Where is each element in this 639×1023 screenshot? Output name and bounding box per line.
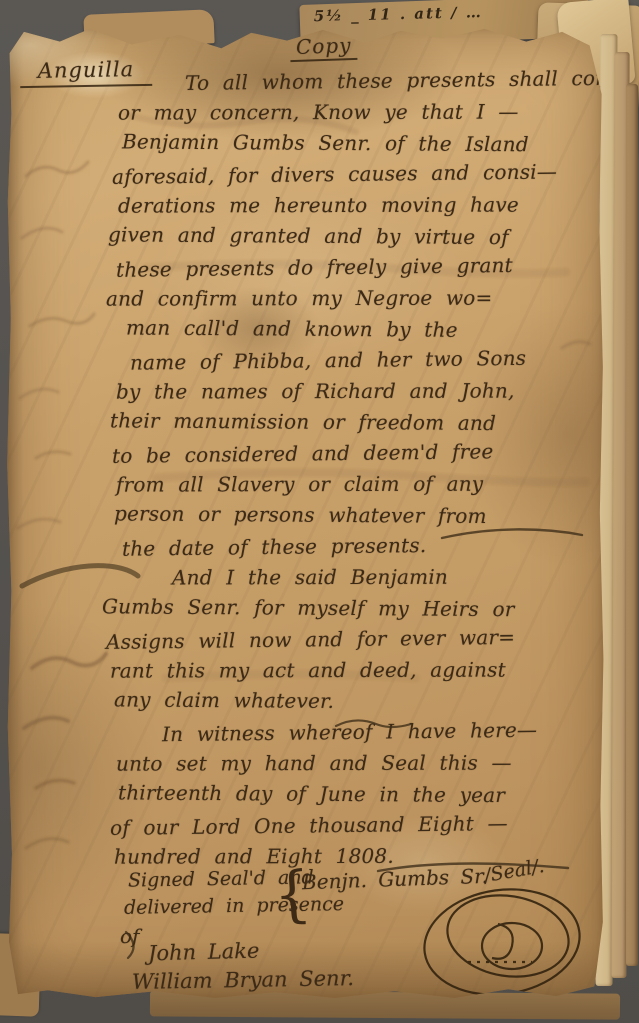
body-line: their manumission or freedom and — [100, 405, 592, 439]
witness-signature: John Lake — [148, 939, 260, 966]
attestation-line: of — [120, 924, 139, 948]
body-line: given and granted and by virtue of — [100, 219, 592, 253]
body-line: unto set my hand and Seal this — — [100, 747, 592, 779]
body-line: thirteenth day of June in the year — [100, 777, 592, 811]
seal-flourish — [418, 880, 587, 1000]
body-line: man call'd and known by the — [100, 312, 592, 346]
body-line: derations me hereunto moving have — [100, 189, 592, 221]
body-line: Benjamin Gumbs Senr. of the Island — [100, 126, 592, 160]
document-page: Copy Anguilla To all whom these presents… — [6, 26, 604, 1000]
body-line: Assigns will now and for ever war= — [100, 621, 592, 658]
page-edge-strip — [626, 84, 638, 966]
body-line: from all Slavery or claim of any — [100, 468, 592, 500]
body-line: name of Phibba, and her two Sons — [100, 342, 592, 379]
scan-background: 5½ _ 11 . att / … — [0, 0, 639, 1023]
body-line: these presents do freely give grant — [100, 249, 592, 286]
body-line: And I the said Benjamin — [100, 561, 592, 593]
body-line: rant this my act and deed, against — [100, 654, 592, 686]
body-line: Gumbs Senr. for myself my Heirs or — [100, 591, 592, 625]
signature-benjamin-gumbs: Benjn. Gumbs Sr. — [302, 864, 489, 894]
body-line: the date of these presents. — [100, 528, 592, 565]
body-line: person or persons whatever from — [100, 498, 592, 532]
body-line: to be considered and deem'd free — [100, 435, 592, 472]
body-line: To all whom these presents shall come, — [100, 63, 592, 100]
body-line: of our Lord One thousand Eight — — [100, 807, 592, 844]
document-body: To all whom these presents shall come, o… — [100, 66, 592, 872]
body-line: by the names of Richard and John, — [100, 375, 592, 407]
body-line: any claim whatever. — [100, 684, 592, 718]
body-line: or may concern, Know ye that I — — [100, 96, 592, 128]
body-line: and confirm unto my Negroe wo= — [100, 282, 592, 314]
witness-signature: William Bryan Senr. — [132, 966, 354, 994]
body-line: In witness whereof I have here— — [100, 714, 592, 751]
body-line: aforesaid, for divers causes and consi— — [100, 156, 592, 193]
